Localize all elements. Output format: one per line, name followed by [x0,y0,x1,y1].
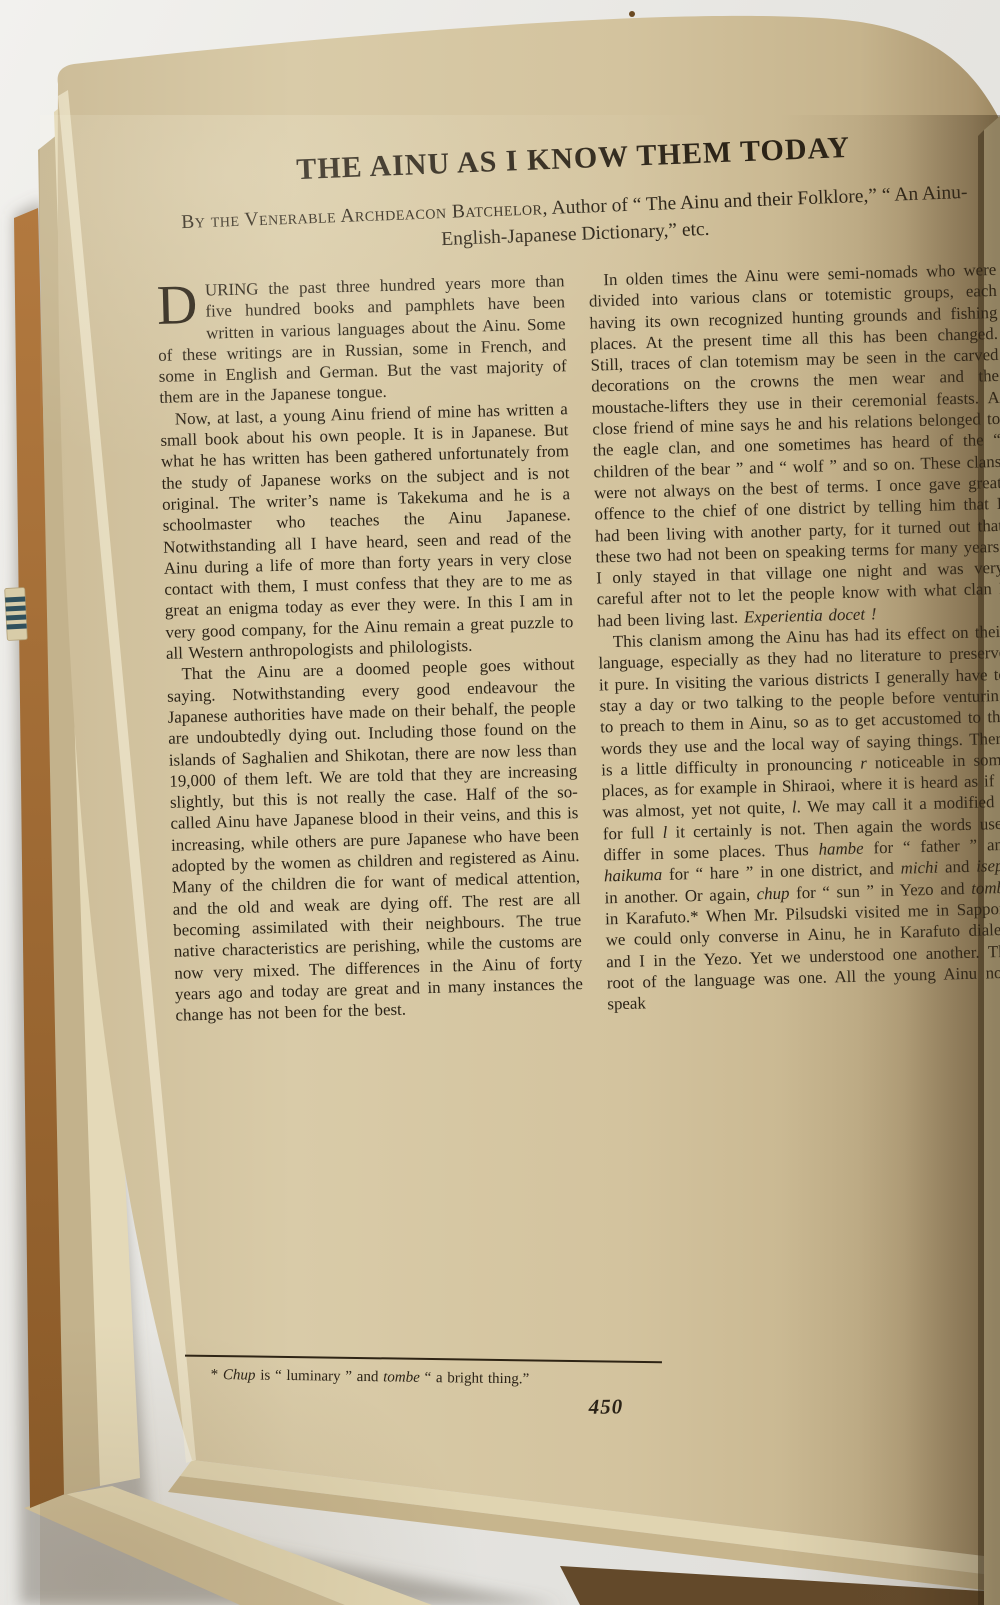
footnote-rule [185,1354,662,1363]
footnote-text: * Chup is “ luminary ” and tombe “ a bri… [185,1364,593,1391]
photo-background: THE AINU AS I KNOW THEM TODAY By the Ven… [0,0,1000,1605]
bookmark-tab [5,588,28,641]
paragraph-2: Now, at last, a young Ainu friend of min… [160,398,575,664]
book-page: THE AINU AS I KNOW THEM TODAY By the Ven… [152,101,1000,1431]
paragraph-1: DURING the past three hundred years more… [156,270,567,408]
left-column: DURING the past three hundred years more… [156,270,593,1385]
footnote: * Chup is “ luminary ” and tombe “ a bri… [185,1354,593,1391]
paper-speck [629,11,635,17]
paragraph-3: That the Ainu are a doomed people goes w… [166,653,583,1026]
text-columns: DURING the past three hundred years more… [156,259,1000,1386]
paragraph-4: In olden times the Ainu were semi-nomads… [588,259,1000,632]
paragraph-5: This clanism among the Ainu has had its … [598,621,1000,1015]
byline: By the Venerable Archdeacon Batchelor, A… [171,179,978,264]
right-column: In olden times the Ainu were semi-nomads… [588,259,1000,1374]
drop-cap: D [156,280,206,327]
